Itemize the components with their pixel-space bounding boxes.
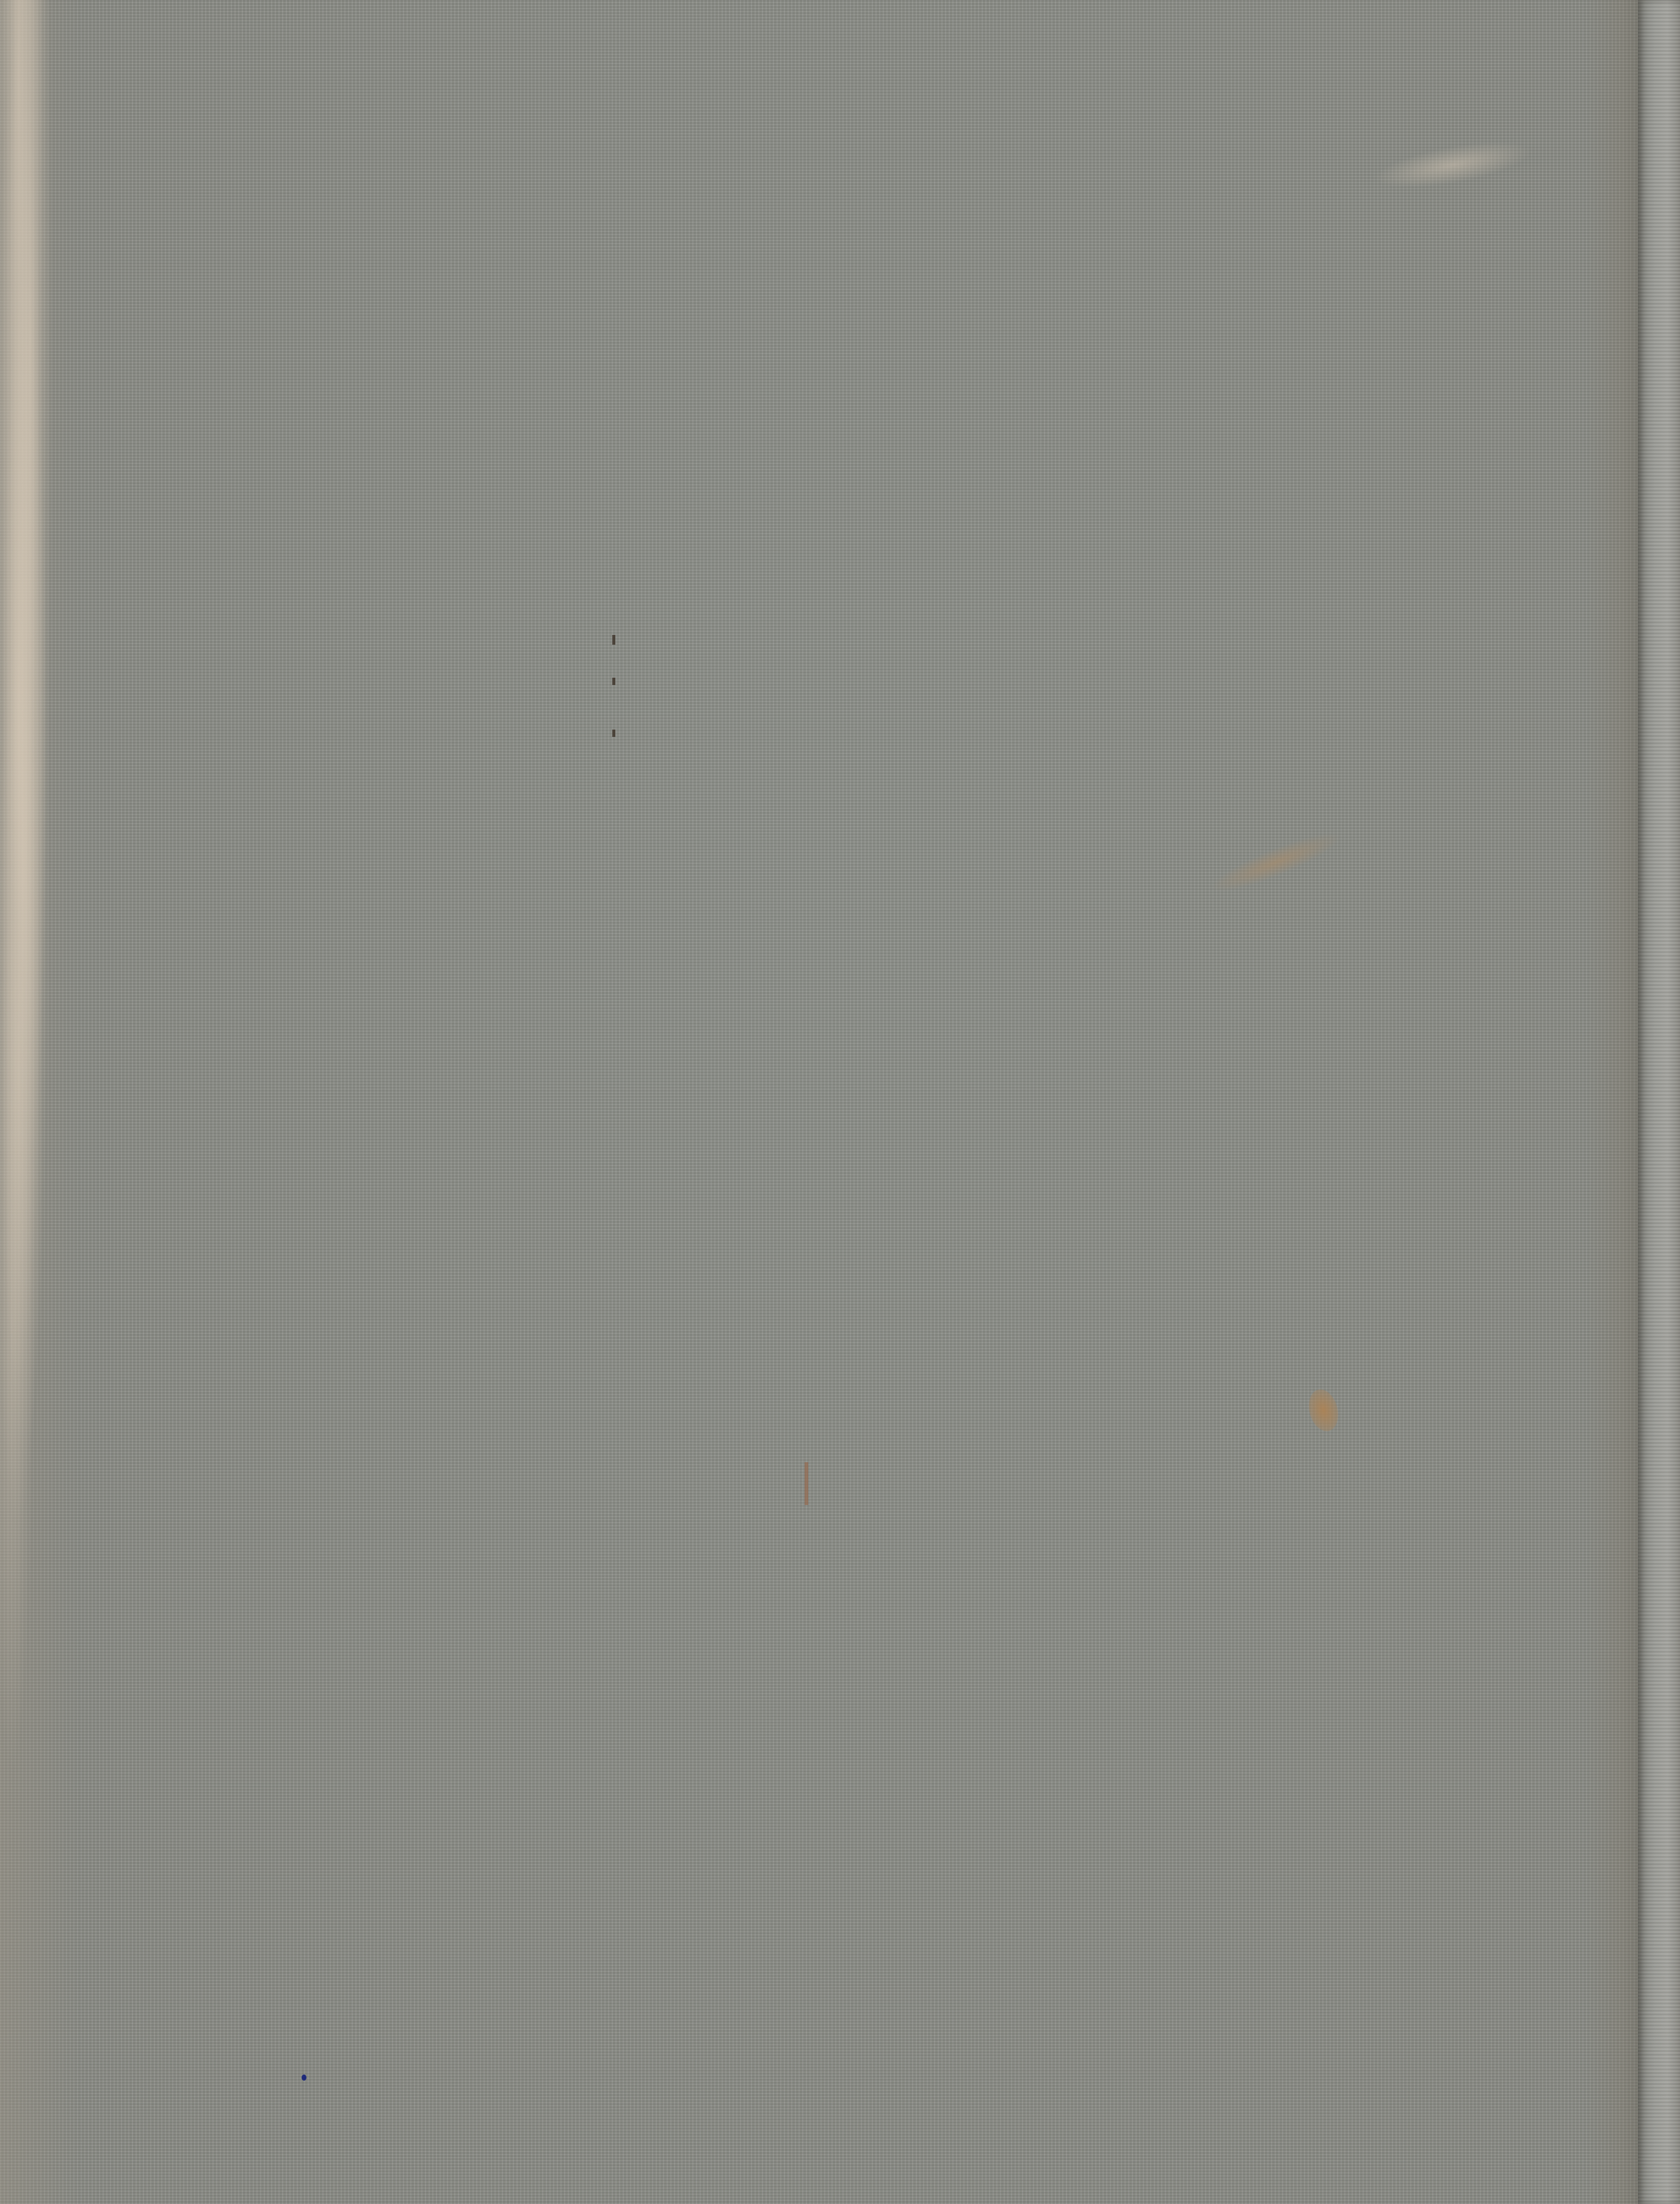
scuff-mark [612,730,615,737]
stain-spot [1305,1386,1343,1435]
scuff-mark [612,678,615,685]
book-spine [1638,0,1680,2204]
scuff-mark [805,1462,808,1505]
wear-mark-top [1372,133,1534,197]
spine-hinge [1587,0,1638,2204]
scuff-mark [612,635,615,645]
book-cover [0,0,1680,2204]
ink-dot [302,2075,306,2081]
stain-streak [1206,824,1346,902]
edge-wear [0,0,79,2204]
